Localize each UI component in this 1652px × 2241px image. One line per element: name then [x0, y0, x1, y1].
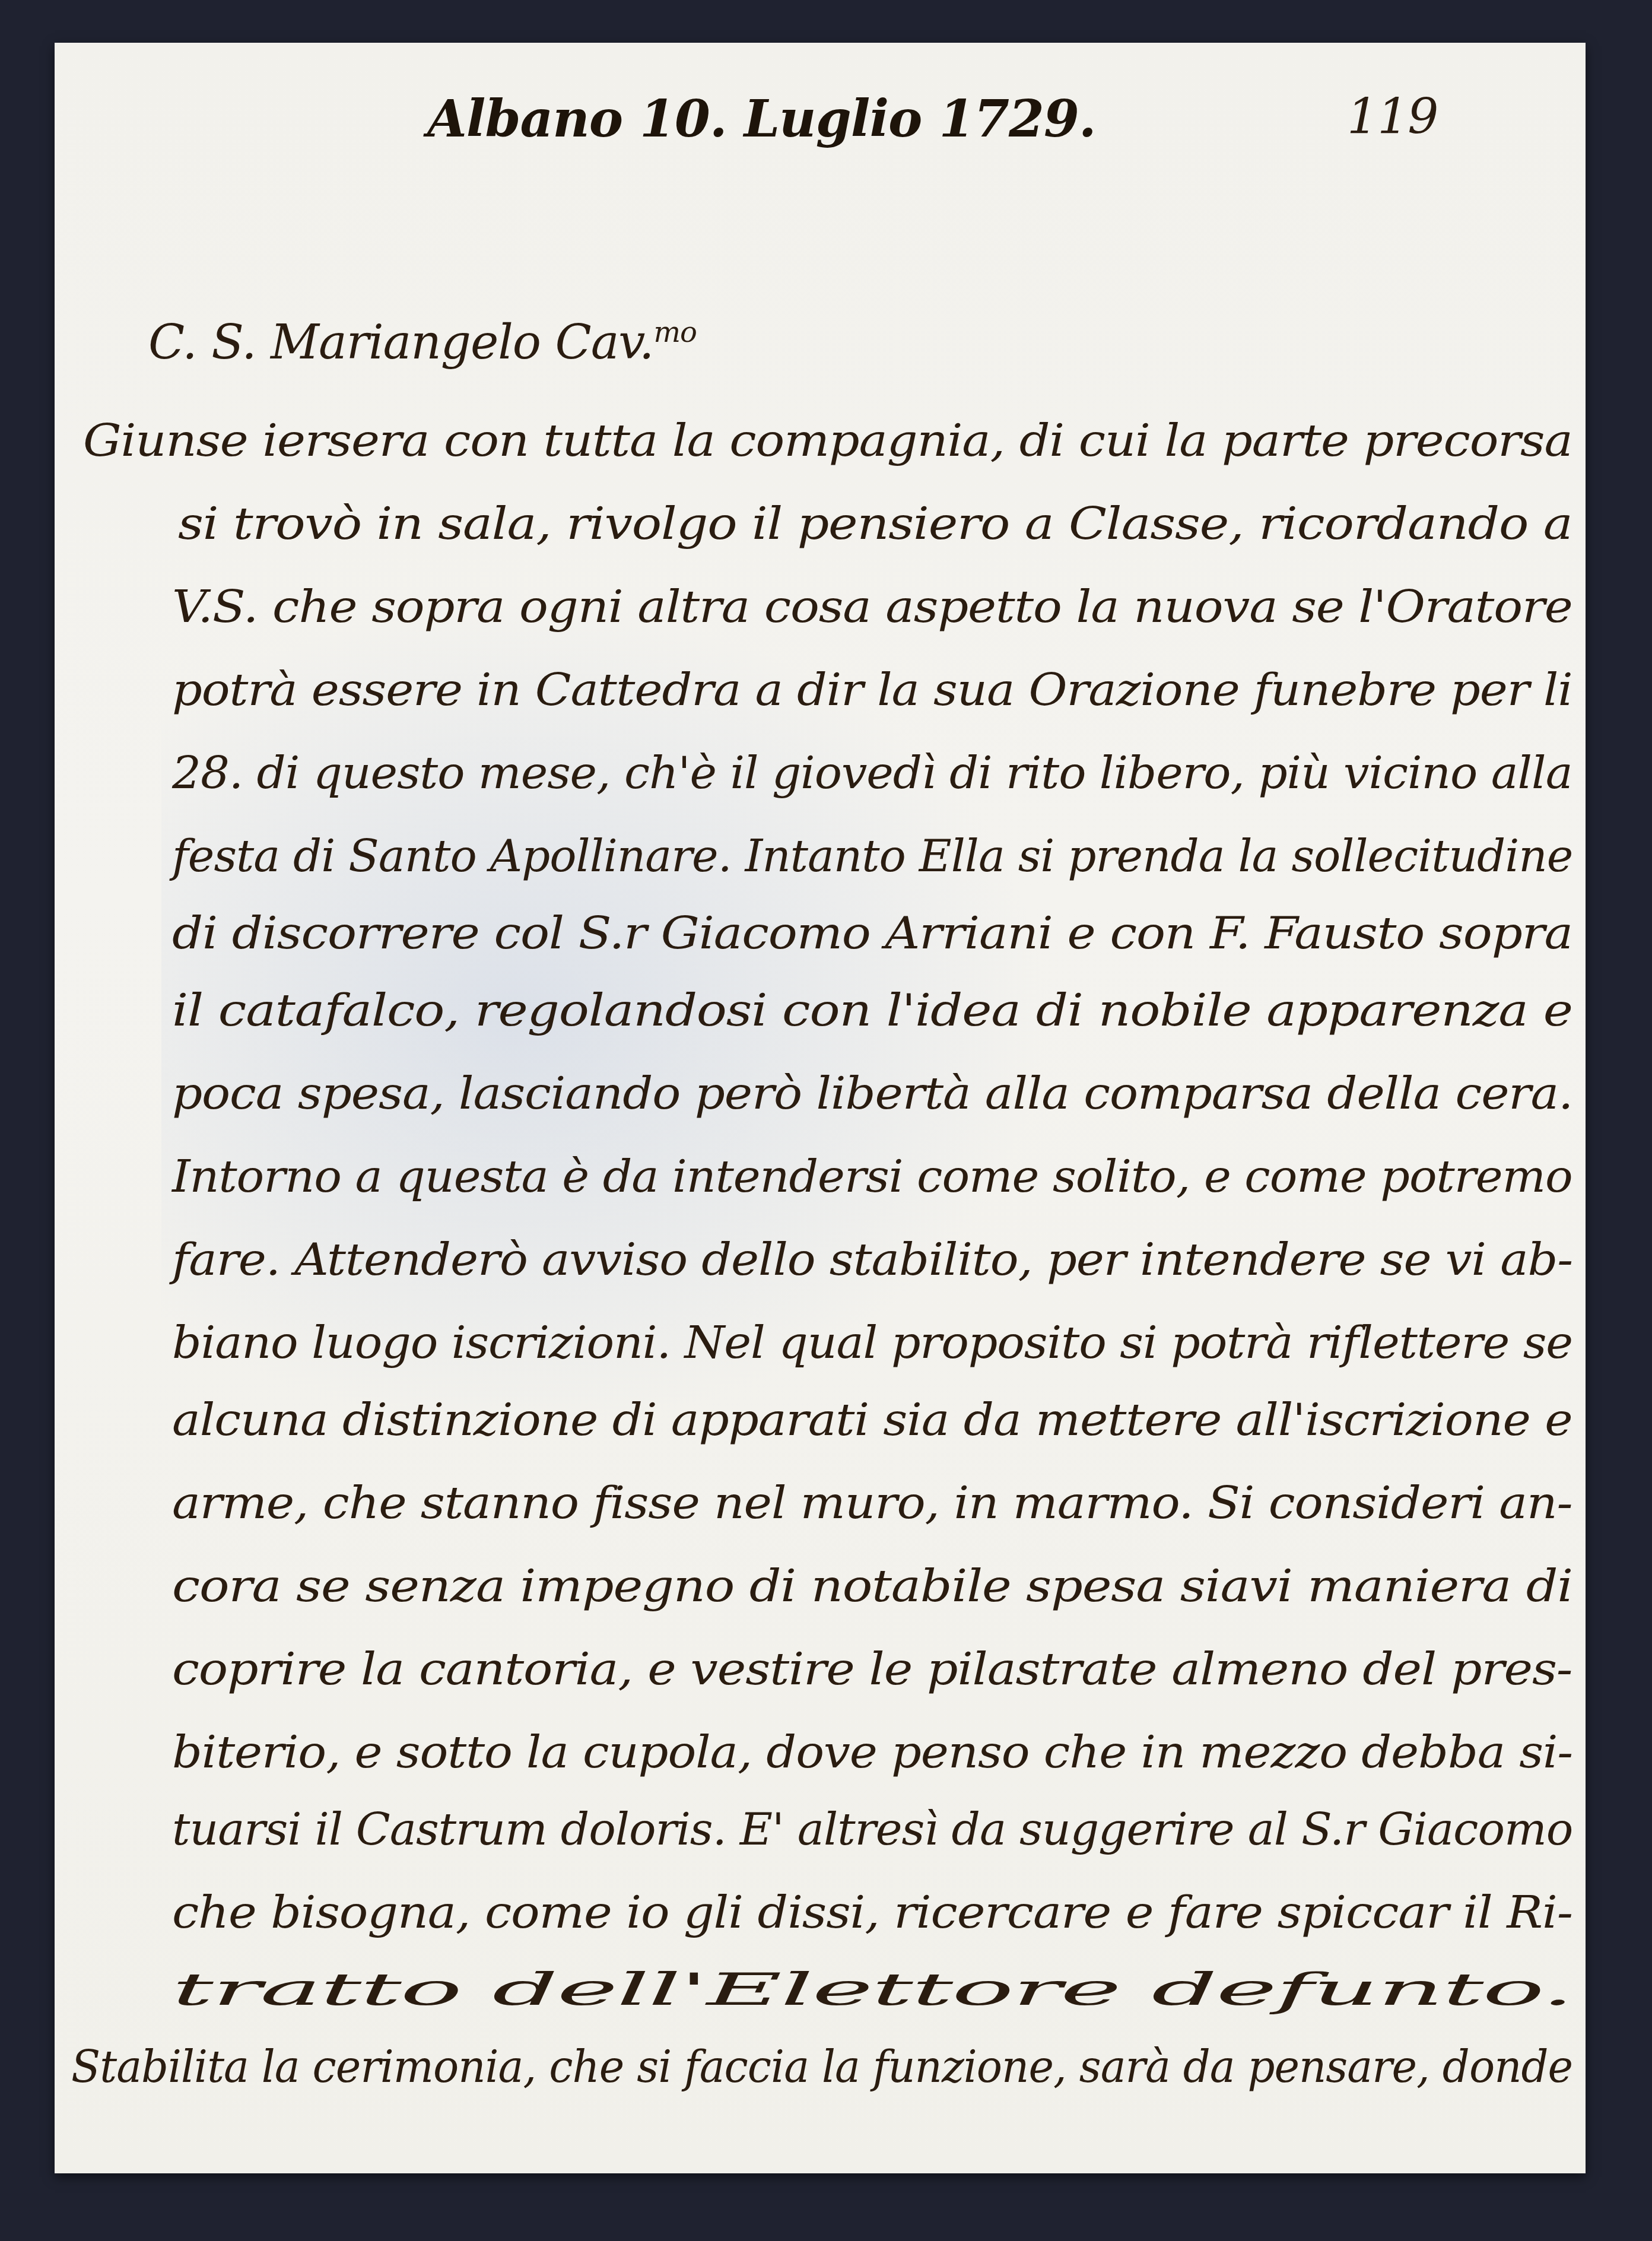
body-line-18: tuarsi il Castrum doloris. E' altresì da… [172, 1804, 1572, 1855]
body-line-21: Stabilita la cerimonia, che si faccia la… [71, 2042, 1572, 2093]
body-line-9: poca spesa, lasciando però libertà alla … [172, 1068, 1572, 1119]
body-line-4: potrà essere in Cattedra a dir la sua Or… [172, 665, 1572, 716]
body-line-11: fare. Attenderò avviso dello stabilito, … [172, 1234, 1572, 1285]
salutation-text: C. S. Mariangelo Cav. [148, 315, 653, 370]
salutation: C. S. Mariangelo Cav.mo [148, 315, 697, 370]
body-line-6: festa di Santo Apollinare. Intanto Ella … [172, 831, 1572, 882]
body-line-10: Intorno a questa è da intendersi come so… [172, 1151, 1572, 1202]
body-line-13: alcuna distinzione di apparati sia da me… [172, 1395, 1572, 1446]
body-line-19: che bisogna, come io gli dissi, ricercar… [172, 1887, 1572, 1938]
body-line-3: V.S. che sopra ogni altra cosa aspetto l… [172, 582, 1572, 633]
body-line-12: biano luogo iscrizioni. Nel qual proposi… [172, 1318, 1572, 1369]
body-line-7: di discorrere col S.r Giacomo Arriani e … [172, 908, 1572, 959]
body-line-2: si trovò in sala, rivolgo il pensiero a … [178, 499, 1572, 550]
body-line-16: coprire la cantoria, e vestire le pilast… [172, 1644, 1572, 1695]
body-line-14: arme, che stanno fisse nel muro, in marm… [172, 1478, 1572, 1529]
body-line-17: biterio, e sotto la cupola, dove penso c… [172, 1727, 1572, 1778]
body-line-15: cora se senza impegno di notabile spesa … [172, 1561, 1572, 1612]
body-line-20: tratto dell'Elettore defunto. [172, 1964, 1572, 2015]
body-line-5: 28. di questo mese, ch'è il giovedì di r… [172, 748, 1572, 799]
body-line-8: il catafalco, regolandosi con l'idea di … [172, 985, 1572, 1036]
folio-number: 119 [1347, 89, 1438, 145]
place-date-header: Albano 10. Luglio 1729. [427, 89, 1096, 149]
body-line-1: Giunse iersera con tutta la compagnia, d… [83, 415, 1572, 466]
salutation-superscript: mo [653, 316, 696, 349]
